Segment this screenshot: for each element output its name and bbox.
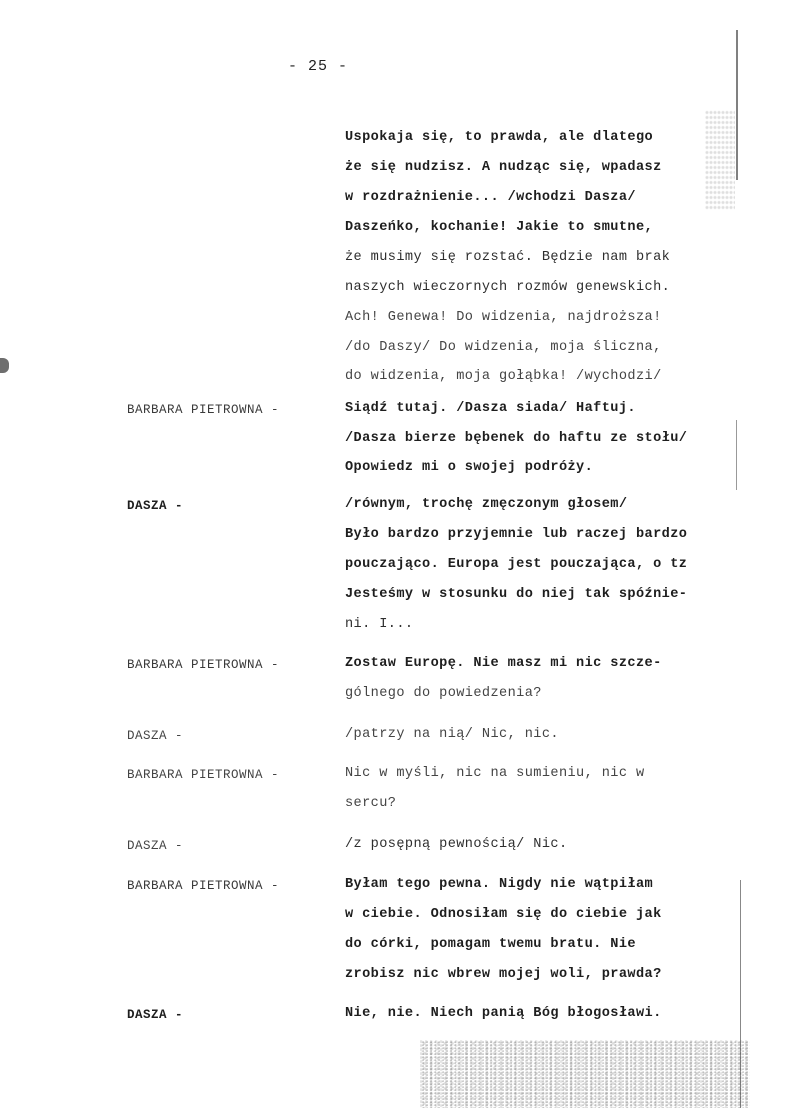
speaker-name: DASZA - (127, 1008, 183, 1022)
dialogue-line: Nic w myśli, nic na sumieniu, nic w (345, 766, 645, 781)
dialogue-line: /równym, trochę zmęczonym głosem/ (345, 497, 627, 512)
dialogue-line: w ciebie. Odnosiłam się do ciebie jak (345, 907, 662, 922)
speaker-name: DASZA - (127, 839, 183, 853)
dialogue-line: Jesteśmy w stosunku do niej tak spóźnie- (345, 587, 687, 602)
dialogue-line: Opowiedz mi o swojej podróży. (345, 460, 593, 475)
dialogue-line: zrobisz nic wbrew mojej woli, prawda? (345, 967, 662, 982)
dialogue-line: gólnego do powiedzenia? (345, 686, 542, 701)
speaker-name: BARBARA PIETROWNA - (127, 403, 279, 417)
dialogue-line: /do Daszy/ Do widzenia, moja śliczna, (345, 340, 662, 355)
dialogue-line: /z posępną pewnością/ Nic. (345, 837, 568, 852)
dialogue-line: Zostaw Europę. Nie masz mi nic szcze- (345, 656, 662, 671)
dialogue-line: /patrzy na nią/ Nic, nic. (345, 727, 559, 742)
speaker-name: DASZA - (127, 729, 183, 743)
speaker-name: BARBARA PIETROWNA - (127, 768, 279, 782)
page-edge-shadow (736, 420, 737, 490)
dialogue-line: Nie, nie. Niech panią Bóg błogosławi. (345, 1006, 662, 1021)
speaker-name: BARBARA PIETROWNA - (127, 658, 279, 672)
dialogue-line: Ach! Genewa! Do widzenia, najdroższa! (345, 310, 662, 325)
dialogue-line: ni. I... (345, 617, 413, 632)
scan-noise (420, 1040, 750, 1108)
dialogue-line: do widzenia, moja gołąbka! /wychodzi/ (345, 369, 662, 384)
punch-hole-mark (0, 358, 9, 373)
dialogue-line: w rozdrażnienie... /wchodzi Dasza/ (345, 190, 636, 205)
dialogue-line: Siądź tutaj. /Dasza siada/ Haftuj. (345, 401, 636, 416)
dialogue-line: Było bardzo przyjemnie lub raczej bardzo (345, 527, 687, 542)
dialogue-line: że musimy się rozstać. Będzie nam brak (345, 250, 670, 265)
page-number: - 25 - (288, 58, 348, 75)
speaker-name: BARBARA PIETROWNA - (127, 879, 279, 893)
dialogue-line: że się nudzisz. A nudząc się, wpadasz (345, 160, 662, 175)
dialogue-line: Uspokaja się, to prawda, ale dlatego (345, 130, 653, 145)
dialogue-line: sercu? (345, 796, 396, 811)
dialogue-line: do córki, pomagam twemu bratu. Nie (345, 937, 636, 952)
speaker-name: DASZA - (127, 499, 183, 513)
dialogue-line: pouczająco. Europa jest pouczająca, o tz (345, 557, 687, 572)
dialogue-line: naszych wieczornych rozmów genewskich. (345, 280, 670, 295)
dialogue-line: /Dasza bierze bębenek do haftu ze stołu/ (345, 431, 687, 446)
scan-noise (705, 110, 735, 210)
page-edge-shadow (736, 30, 738, 180)
dialogue-line: Daszeńko, kochanie! Jakie to smutne, (345, 220, 653, 235)
dialogue-line: Byłam tego pewna. Nigdy nie wątpiłam (345, 877, 653, 892)
